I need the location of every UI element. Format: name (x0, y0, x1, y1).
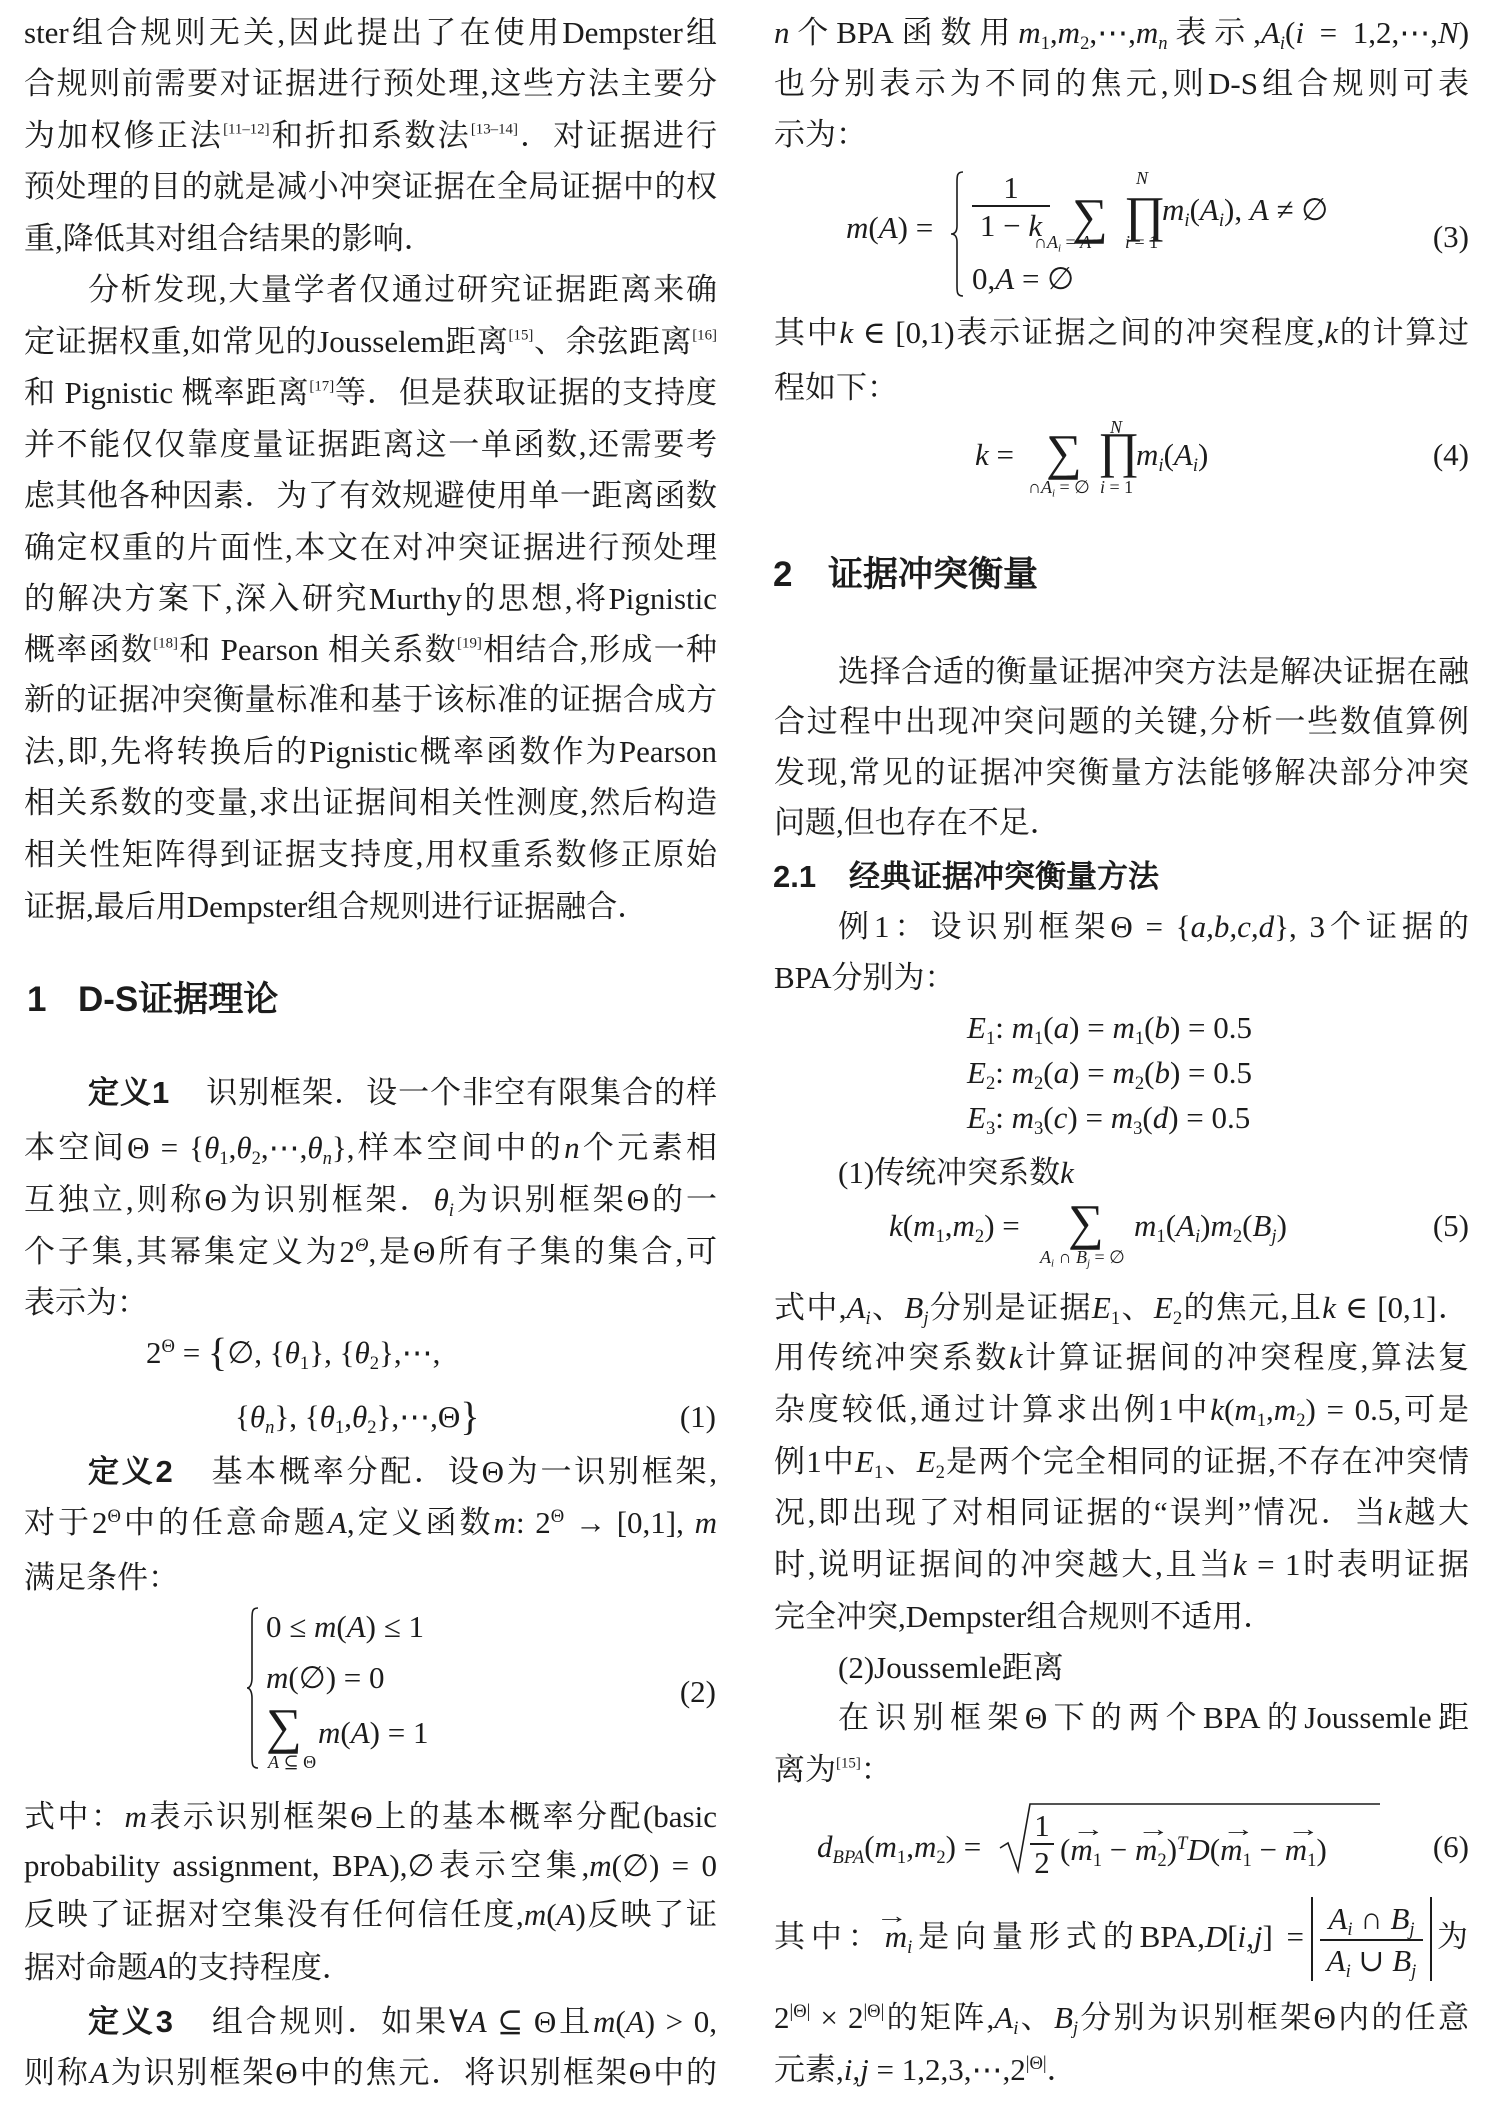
equation-number: (6) (1429, 1829, 1469, 1865)
right-column: n个BPA函数用m1,m2,⋯,mn表示,Ai(i = 1,2,⋯,N) 也分别… (0, 0, 1494, 2114)
math-subscript: 2 (936, 1462, 945, 1483)
math-variable: A (879, 210, 898, 245)
text-segment: 个BPA函数用 (790, 15, 1019, 50)
text-segment: ) (1198, 437, 1208, 472)
text-segment: ≠ ∅ (1269, 192, 1329, 227)
math-subscript: 2 (936, 1847, 945, 1868)
math-variable: D (1205, 1919, 1227, 1954)
math-superscript: |Θ| (863, 2001, 884, 2022)
math-variable: m (913, 1208, 935, 1243)
text-segment: ( (1043, 1100, 1053, 1135)
equation-case: 0,A = ∅ (972, 261, 1074, 297)
text-segment: 离为 (774, 1752, 836, 1787)
text-segment: ( (1144, 1010, 1154, 1045)
text-segment: 为 (1437, 1919, 1468, 1955)
text-segment: }, 3个证据的 (1274, 909, 1469, 944)
equation-number: (3) (1429, 219, 1469, 255)
text-segment: ( (1224, 1392, 1234, 1427)
math-variable: A (1040, 1247, 1051, 1267)
text-segment: = (989, 437, 1014, 472)
text-segment: , (1266, 1392, 1274, 1427)
fraction-numerator: 1 (972, 170, 1050, 206)
math-variable: k (1210, 1392, 1224, 1427)
math-variable: m (1210, 1208, 1232, 1243)
operator-limit: ∩Ai = A (1034, 232, 1091, 252)
text-segment: = 1 (1105, 477, 1133, 497)
text-segment: = (1061, 232, 1080, 252)
math-variable: k (1009, 1340, 1023, 1375)
citation-ref: [15] (836, 1755, 861, 1771)
math-subscript: 1 (1135, 1028, 1144, 1049)
operator-limit: N (1110, 417, 1122, 437)
text-segment: = ∅ (1090, 1247, 1125, 1267)
math-subscript: 1 (897, 1847, 906, 1868)
text-segment: 是两个完全相同的证据,不存在冲突情 (945, 1444, 1469, 1479)
math-variable: B (1252, 1208, 1271, 1243)
math-superscript: |Θ| (790, 2001, 811, 2022)
text-segment: : (995, 1055, 1011, 1090)
math-variable: b (1154, 1055, 1170, 1090)
text-segment: 是向量形式的BPA, (912, 1919, 1205, 1954)
text-segment: ,⋯, (1089, 15, 1136, 50)
equation-lhs: k = (975, 437, 1014, 473)
text-segment: [ (1227, 1919, 1237, 1954)
math-subscript: 3 (986, 1118, 995, 1139)
math-variable: k (840, 315, 854, 350)
body-text-line: 完全冲突,Dempster组合规则不适用． (774, 1592, 1469, 1642)
math-variable: A (1041, 477, 1052, 497)
math-subscript: 2 (1080, 33, 1089, 54)
equation-case: mi(Ai), A ≠ ∅ (1162, 192, 1328, 228)
math-subscript: i (907, 1937, 912, 1958)
section-title: 证据冲突衡量 (828, 550, 1038, 600)
text-segment: 越大 (1402, 1495, 1469, 1530)
math-variable: A (1250, 192, 1269, 227)
fraction-numerator: 1 (1030, 1808, 1054, 1844)
text-segment: 、 (1018, 2000, 1054, 2035)
text-segment: 式中, (774, 1290, 847, 1325)
text-segment: 元素, (774, 2052, 844, 2087)
math-variable: A (1080, 232, 1091, 252)
body-text-line: (2)Joussemle距离 (774, 1643, 1469, 1693)
text-segment: 分别为识别框架Θ内的任意 (1078, 2000, 1469, 2035)
subsection-title: 经典证据冲突衡量方法 (849, 852, 1159, 902)
math-subscript: 2 (1173, 1308, 1182, 1329)
text-segment: ) (1277, 1208, 1287, 1243)
bpa-line: E1: m1(a) = m1(b) = 0.5 (967, 1010, 1252, 1046)
math-variable: m (1234, 1392, 1256, 1427)
body-text-line: 式中,Ai、Bj分别是证据E1、E2的焦元,且k ∈ [0,1]． (774, 1283, 1469, 1333)
math-variable: D (1187, 1832, 1209, 1867)
math-subscript: 3 (1133, 1118, 1142, 1139)
math-variable: m (1162, 192, 1184, 227)
math-variable: m (914, 1829, 936, 1864)
math-variable: m (1112, 1055, 1134, 1090)
math-subscript: 1 (1257, 1410, 1266, 1431)
math-variable: a,b,c,d (1191, 909, 1275, 944)
body-text-line: 选择合适的衡量证据冲突方法是解决证据在融 (774, 647, 1469, 697)
math-variable: A (1047, 232, 1058, 252)
math-variable: k (1322, 1290, 1336, 1325)
text-segment: ( (1144, 1055, 1154, 1090)
text-segment: × 2 (810, 2000, 863, 2035)
body-text-line: 例1中E1、E2是两个完全相同的证据,不存在冲突情 (774, 1437, 1469, 1487)
math-variable: B (1392, 1943, 1411, 1978)
math-subscript: BPA (833, 1847, 865, 1868)
text-segment: ∩ (1353, 1901, 1391, 1936)
body-text-line: 其中k ∈ [0,1)表示证据之间的冲突程度,k的计算过 (774, 308, 1469, 358)
text-segment: (1)传统冲突系数 (838, 1155, 1060, 1190)
math-variable: m (1220, 1832, 1242, 1867)
operator-limit: Ai ∩ Bj = ∅ (1040, 1247, 1125, 1267)
body-text-line: 例1：设识别框架Θ = {a,b,c,d}, 3个证据的 (774, 902, 1469, 952)
math-variable: a (1054, 1010, 1070, 1045)
fraction-bar (972, 205, 1050, 207)
text-segment: ∩ (1054, 1247, 1076, 1267)
math-subscript: 1 (1093, 1850, 1102, 1871)
text-segment: 的计算过 (1338, 315, 1469, 350)
body-text-line: 时,说明证据间的冲突越大,且当k = 1时表明证据 (774, 1540, 1469, 1590)
body-text-line: n个BPA函数用m1,m2,⋯,mn表示,Ai(i = 1,2,⋯,N) (774, 8, 1469, 58)
text-segment: ( (1242, 1208, 1252, 1243)
text-segment: = ∅ (1014, 261, 1074, 296)
text-segment: ( (903, 1208, 913, 1243)
text-segment: ), (1224, 192, 1250, 227)
equation-lhs: m(A) = (846, 210, 933, 246)
text-segment: ) = (946, 1829, 982, 1864)
math-subscript: j (1411, 1961, 1416, 1982)
vector-symbol: m2 (1135, 1832, 1167, 1868)
body-text-line: 用传统冲突系数k计算证据间的冲突程度,算法复 (774, 1333, 1469, 1383)
body-text-line: (1)传统冲突系数k (774, 1148, 1469, 1198)
math-variable: n (774, 15, 790, 50)
math-subscript: 2 (1233, 1226, 1242, 1247)
math-subscript: 2 (1034, 1073, 1043, 1094)
text-segment: ： (861, 1752, 892, 1787)
text-segment: ( (1043, 1055, 1053, 1090)
math-subscript: 1 (935, 1226, 944, 1247)
body-text-line: 合过程中出现冲突问题的关键,分析一些数值算例 (774, 697, 1469, 747)
section-number: 2 (773, 550, 792, 600)
fraction-bar (1320, 1939, 1423, 1941)
text-segment: ( (1166, 1208, 1176, 1243)
math-variable: A (1261, 15, 1280, 50)
math-variable: a (1054, 1055, 1070, 1090)
math-variable: E (917, 1444, 936, 1479)
text-segment: = 1 (1130, 232, 1158, 252)
text-segment: 况,即出现了对相同证据的“误判”情况．当 (774, 1495, 1388, 1530)
math-variable: c (1054, 1100, 1068, 1135)
equation-body: m1(Ai)m2(Bj) (1134, 1208, 1287, 1244)
math-variable: B (904, 1290, 923, 1325)
math-subscript: 1 (1111, 1308, 1120, 1329)
math-variable: k (1233, 1547, 1247, 1582)
math-variable: m (1058, 15, 1080, 50)
math-variable: E (855, 1444, 874, 1479)
body-text-line: 元素,i,j = 1,2,3,⋯,2|Θ|． (774, 2045, 1469, 2095)
text-segment: ] = (1263, 1919, 1304, 1954)
text-segment: 其中： (774, 1919, 885, 1954)
math-subscript: 1 (874, 1462, 883, 1483)
text-segment: ) = 0.5,可是 (1305, 1392, 1469, 1427)
body-text-line: 示为： (774, 110, 1469, 160)
math-subscript: 3 (1034, 1118, 1043, 1139)
math-subscript: j (1409, 1919, 1414, 1940)
text-segment: = 1,2,⋯, (1304, 15, 1438, 50)
body-text-line: 其中：mi是向量形式的BPA,D[i,j] = (774, 1912, 1304, 1962)
text-segment: ) = (1069, 1055, 1112, 1090)
subsection-number: 2.1 (773, 852, 816, 902)
text-segment: ( (1190, 192, 1200, 227)
vector-symbol: m1 (1070, 1832, 1102, 1868)
text-segment: ) (1200, 1208, 1210, 1243)
math-variable: k (1324, 315, 1338, 350)
math-variable: E (967, 1055, 986, 1090)
text-segment: ( (1142, 1100, 1152, 1135)
text-segment: , (1050, 15, 1058, 50)
text-segment: 的焦元,且 (1182, 1290, 1322, 1325)
text-segment: ∈ [0,1]． (1336, 1290, 1469, 1325)
math-variable: i (1295, 15, 1304, 50)
text-segment: ( (1043, 1010, 1053, 1045)
math-variable: B (1054, 2000, 1073, 2035)
math-variable: A (994, 2000, 1013, 2035)
body-text-line: 发现,常见的证据冲突衡量方法能够解决部分冲突 (774, 748, 1469, 798)
math-variable: m (875, 1829, 897, 1864)
text-segment: ) = 0.5 (1168, 1100, 1250, 1135)
text-segment: = ∅ (1055, 477, 1090, 497)
text-segment: 1 − (980, 208, 1028, 243)
fraction-denominator: Ai ∪ Bj (1313, 1943, 1430, 1979)
text-segment: 杂度较低,通过计算求出例1中 (774, 1392, 1210, 1427)
math-variable: E (967, 1100, 986, 1135)
text-segment: ) = 0.5 (1170, 1055, 1252, 1090)
text-segment: ∪ (1351, 1943, 1392, 1978)
math-subscript: 1 (1034, 1028, 1043, 1049)
math-subscript: 1 (986, 1028, 995, 1049)
math-variable: A (1176, 1208, 1195, 1243)
math-variable: d (1153, 1100, 1169, 1135)
text-segment: ∈ [0,1)表示证据之间的冲突程度, (853, 315, 1324, 350)
math-variable: m (885, 1919, 907, 1954)
operator-limit: i = 1 (1100, 477, 1133, 497)
text-segment: 、 (1120, 1290, 1154, 1325)
math-variable: k (1060, 1155, 1074, 1190)
text-segment: 表示, (1168, 15, 1261, 50)
math-variable: m (1274, 1392, 1296, 1427)
body-text-line: 2|Θ| × 2|Θ|的矩阵,Ai、Bj分别为识别框架Θ内的任意 (774, 1993, 1469, 2043)
math-variable: A (1200, 192, 1219, 227)
math-variable: m (1012, 1100, 1034, 1135)
math-subscript: 2 (1135, 1073, 1144, 1094)
equation-lhs: k(m1,m2) = (889, 1208, 1020, 1244)
vector-symbol: mi (885, 1919, 913, 1955)
math-variable: k (889, 1208, 903, 1243)
text-segment: ) = (1067, 1100, 1110, 1135)
operator-limit: i = 1 (1125, 232, 1158, 252)
math-variable: i,j (1238, 1919, 1263, 1954)
text-segment: 的矩阵, (884, 2000, 994, 2035)
math-variable: m (846, 210, 868, 245)
text-segment: ( (1164, 437, 1174, 472)
bpa-line: E2: m2(a) = m2(b) = 0.5 (967, 1055, 1252, 1091)
body-text-line: 程如下： (774, 363, 1469, 413)
text-segment: 其中 (774, 315, 840, 350)
math-variable: E (967, 1010, 986, 1045)
text-segment: 用传统冲突系数 (774, 1340, 1009, 1375)
fraction-denominator: 2 (1030, 1845, 1054, 1881)
text-segment: ) (1459, 15, 1469, 50)
equation-body: (m1 − m2)TD(m1 − m1) (1060, 1832, 1327, 1868)
text-segment: 2 (774, 2000, 790, 2035)
body-text-line: 杂度较低,通过计算求出例1中k(m1,m2) = 0.5,可是 (774, 1385, 1469, 1435)
math-variable: B (1076, 1247, 1087, 1267)
math-variable: A (1328, 1901, 1347, 1936)
equation-number: (4) (1429, 437, 1469, 473)
summation-operator: ∑ (1046, 424, 1082, 480)
body-text-line: 况,即出现了对相同证据的“误判”情况．当k越大 (774, 1488, 1469, 1538)
math-variable: m (1136, 437, 1158, 472)
text-segment: ． (1047, 2052, 1078, 2087)
body-text-line: 也分别表示为不同的焦元,则D-S组合规则可表 (774, 59, 1469, 109)
math-superscript: |Θ| (1026, 2053, 1047, 2074)
text-segment: 例1：设识别框架Θ = { (838, 909, 1191, 944)
text-segment: 0, (972, 261, 995, 296)
math-variable: N (1438, 15, 1459, 50)
math-variable: m (1112, 1010, 1134, 1045)
math-variable: m (1111, 1100, 1133, 1135)
math-variable: m (1136, 15, 1158, 50)
vector-symbol: m1 (1285, 1832, 1317, 1868)
math-subscript: 1 (1156, 1226, 1165, 1247)
vector-symbol: m1 (1220, 1832, 1252, 1868)
bpa-line: E3: m3(c) = m3(d) = 0.5 (967, 1100, 1250, 1136)
text-segment: ) = 0.5 (1170, 1010, 1252, 1045)
operator-limit: ∩Ai = ∅ (1028, 477, 1090, 497)
math-subscript: 1 (1041, 33, 1050, 54)
text-segment: , (945, 1208, 953, 1243)
summation-operator: ∑ (1068, 1194, 1104, 1250)
text-segment: 例1中 (774, 1444, 855, 1479)
math-variable: b (1154, 1010, 1170, 1045)
math-variable: d (817, 1829, 833, 1864)
math-variable: k (1388, 1495, 1402, 1530)
text-segment: ∩ (1034, 232, 1047, 252)
text-segment: ) = (1069, 1010, 1112, 1045)
math-variable: m (953, 1208, 975, 1243)
text-segment: , (906, 1829, 914, 1864)
math-variable: E (1092, 1290, 1111, 1325)
text-segment: ( (868, 210, 878, 245)
math-variable: m (1134, 1208, 1156, 1243)
math-variable: m (1135, 1832, 1157, 1867)
text-segment: ( (1285, 15, 1295, 50)
text-segment: 时,说明证据间的冲突越大,且当 (774, 1547, 1233, 1582)
math-variable: A (847, 1290, 866, 1325)
text-segment: 计算证据间的冲突程度,算法复 (1023, 1340, 1469, 1375)
math-variable: A (1327, 1943, 1346, 1978)
text-segment: : (995, 1010, 1011, 1045)
math-variable: m (1018, 15, 1040, 50)
math-subscript: 2 (986, 1073, 995, 1094)
math-variable: m (1285, 1832, 1307, 1867)
equation-lhs: dBPA(m1,m2) = (817, 1829, 981, 1865)
math-variable: m (1012, 1010, 1034, 1045)
text-segment: ( (864, 1829, 874, 1864)
math-variable: k (975, 437, 989, 472)
body-text-line: 问题,但也存在不足． (774, 798, 1469, 848)
math-variable: m (1070, 1832, 1092, 1867)
math-variable: m (1012, 1055, 1034, 1090)
left-brace-icon (950, 170, 966, 298)
text-segment: : (995, 1100, 1011, 1135)
math-subscript: 2 (975, 1226, 984, 1247)
math-subscript: 2 (1157, 1850, 1166, 1871)
fraction-numerator: Ai ∩ Bj (1313, 1901, 1430, 1937)
text-segment: 、 (883, 1444, 916, 1479)
math-variable: E (1154, 1290, 1173, 1325)
math-variable: B (1390, 1901, 1409, 1936)
math-subscript: 1 (1242, 1850, 1251, 1871)
body-text-line: 在识别框架Θ下的两个BPA的Joussemle距 (774, 1693, 1469, 1743)
text-segment: ∩ (1028, 477, 1041, 497)
text-segment: = 1,2,3,⋯,2 (869, 2052, 1026, 2087)
text-segment: = 1时表明证据 (1247, 1547, 1469, 1582)
text-segment: ) = (984, 1208, 1020, 1243)
body-text-line: 离为[15]： (774, 1745, 1469, 1795)
text-segment: 分别是证据 (929, 1290, 1092, 1325)
math-subscript: n (1158, 33, 1167, 54)
operator-limit: N (1136, 168, 1148, 188)
body-text-line: BPA分别为： (774, 953, 1469, 1003)
equation-number: (5) (1429, 1208, 1469, 1244)
equation-body: mi(Ai) (1136, 437, 1208, 473)
math-variable: A (995, 261, 1014, 296)
math-variable: i,j (844, 2052, 869, 2087)
paper-page: ster组合规则无关,因此提出了在使用Dempster组 合规则前需要对证据进行… (0, 0, 1494, 2114)
text-segment: ) = (898, 210, 934, 245)
math-variable: A (1174, 437, 1193, 472)
text-segment: 、 (871, 1290, 905, 1325)
math-subscript: 1 (1307, 1850, 1316, 1871)
